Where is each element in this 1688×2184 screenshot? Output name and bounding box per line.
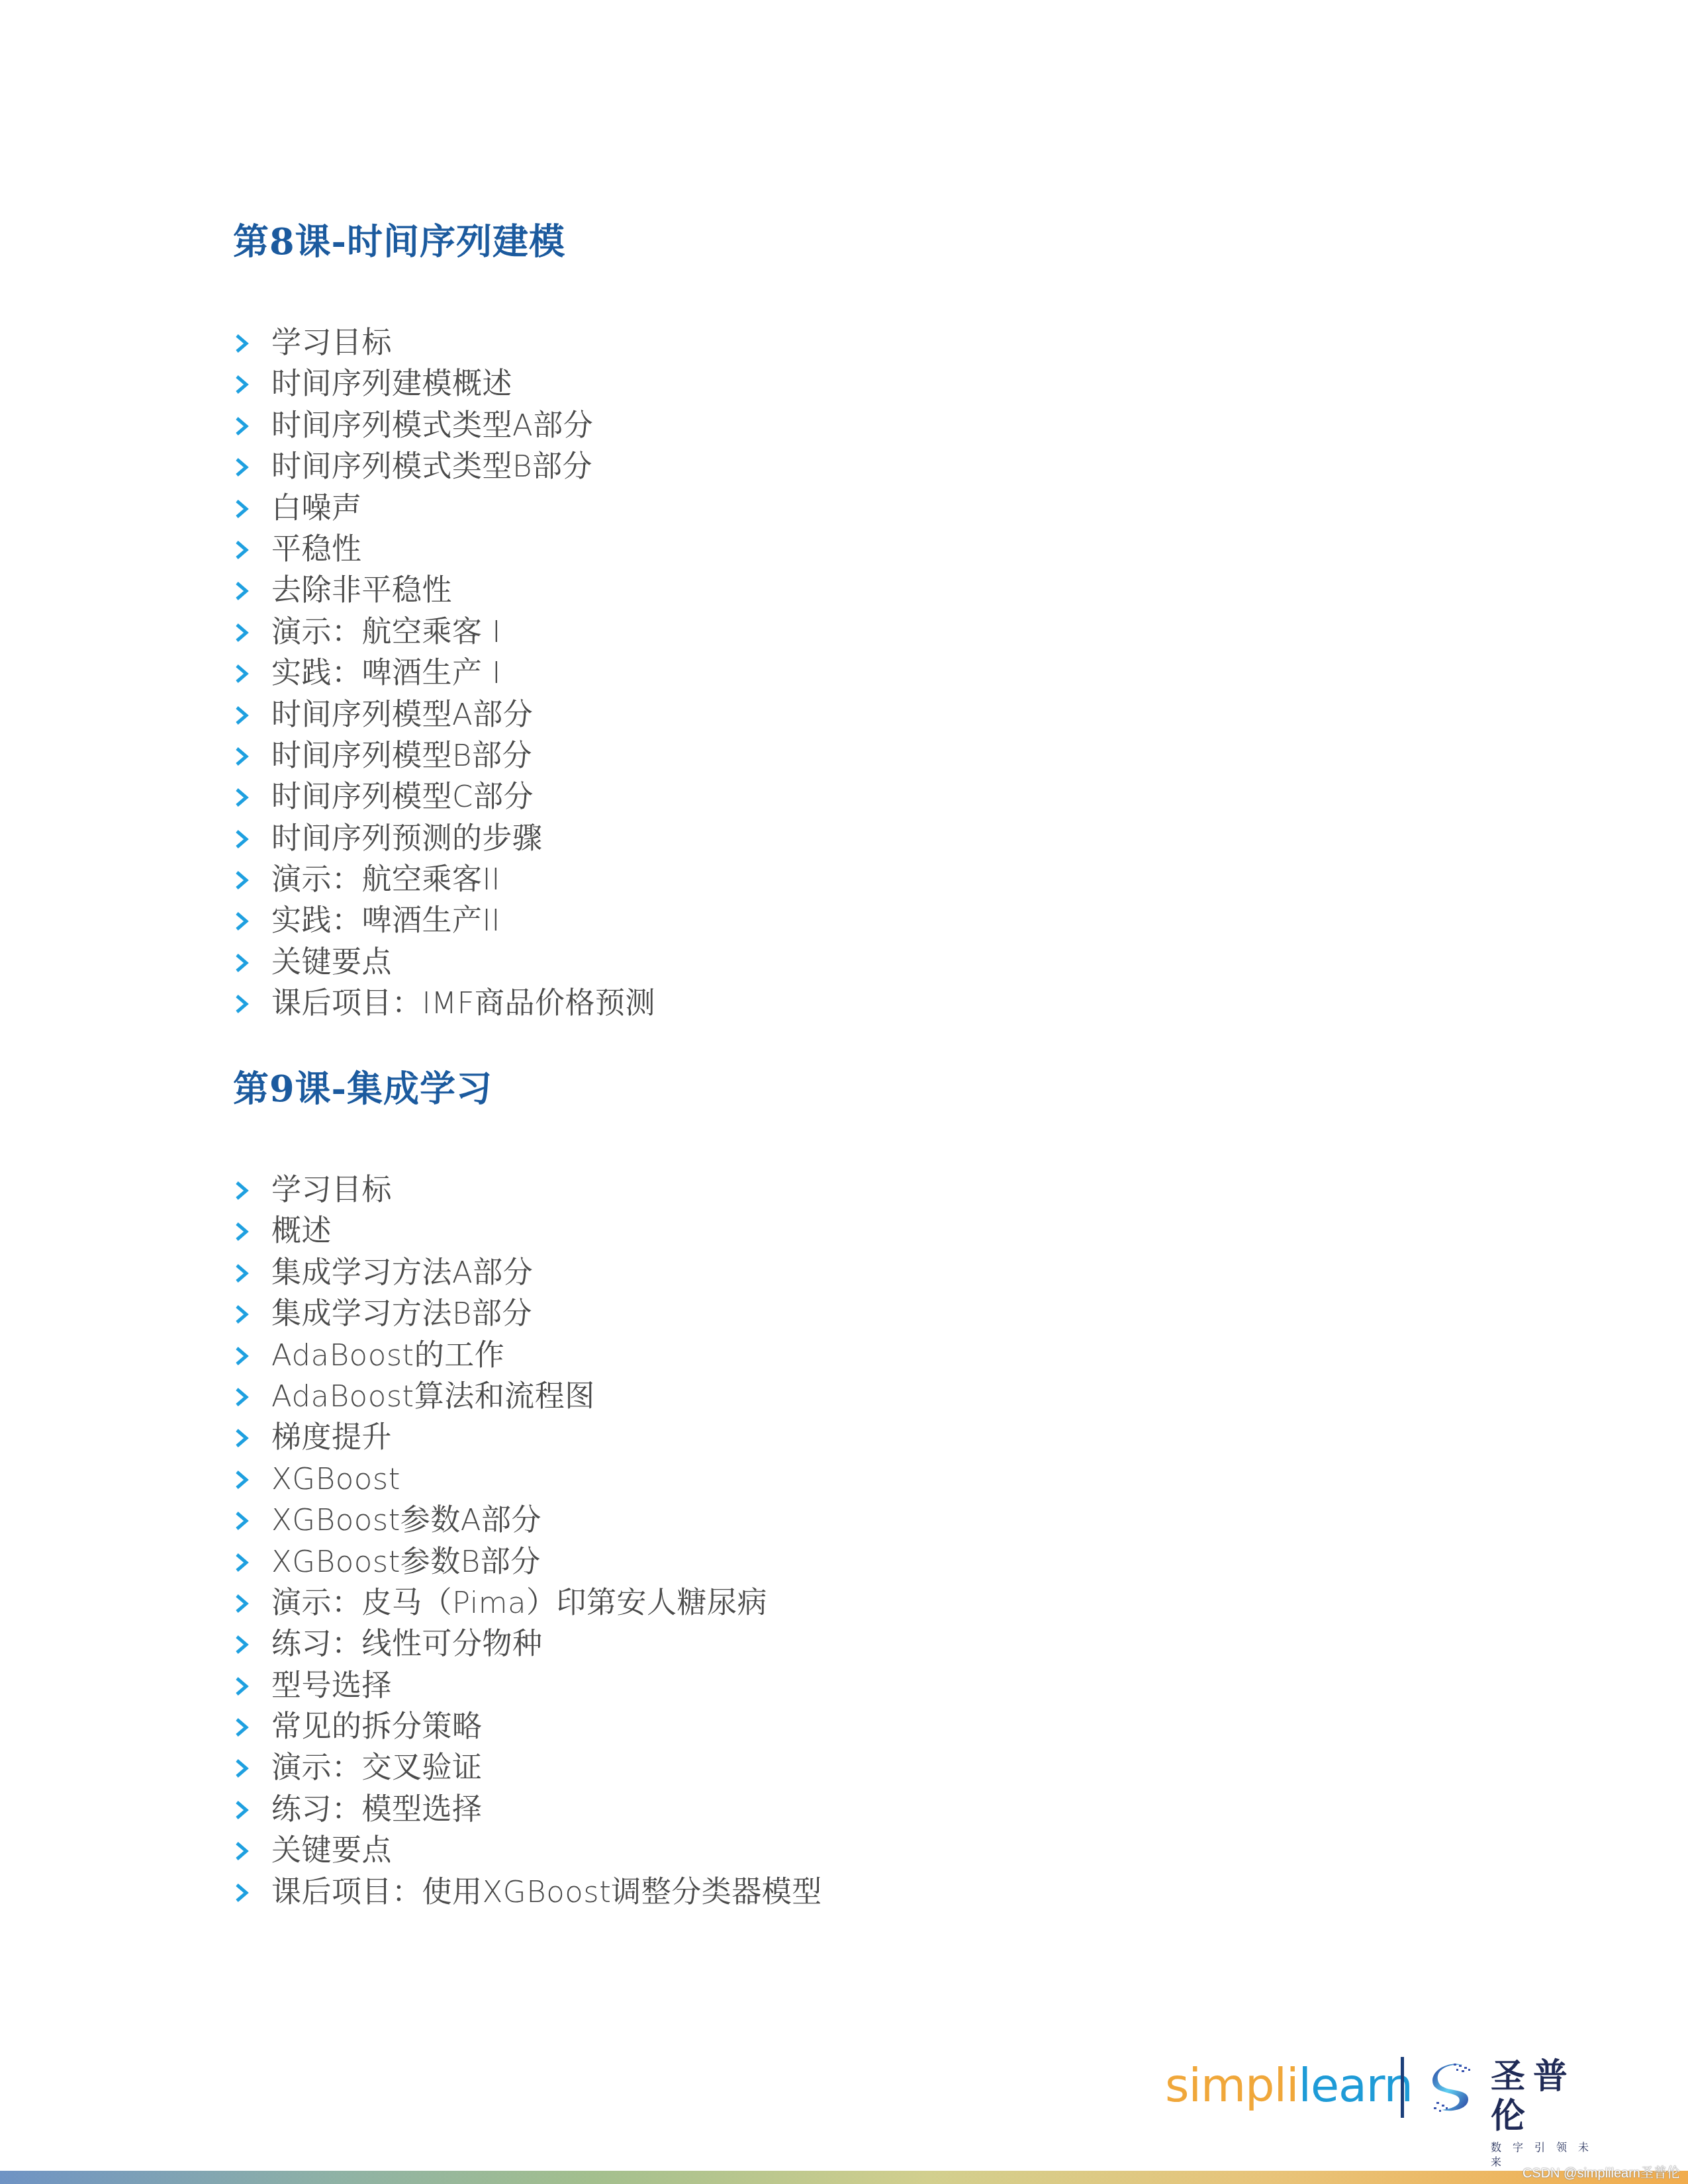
chevron-right-icon [233,788,252,807]
topic-label: 时间序列模型C部分 [271,779,534,814]
chevron-right-icon [233,1594,252,1614]
lesson-topic-list: 学习目标概述集成学习方法A部分集成学习方法B部分AdaBoost的工作AdaBo… [233,1169,822,1913]
logo-divider [1401,2057,1404,2118]
topic-label: 概述 [271,1213,332,1248]
topic-item: 练习：模型选择 [233,1789,822,1830]
chevron-right-icon [233,664,252,684]
topic-label: 集成学习方法B部分 [271,1296,532,1331]
topic-label: 时间序列模式类型A部分 [271,408,593,443]
topic-item: 关键要点 [233,942,655,983]
topic-item: 时间序列模式类型B部分 [233,446,655,487]
topic-item: 常见的拆分策略 [233,1706,822,1747]
topic-label: 演示：皮马（Pima）印第安人糖尿病 [271,1585,767,1620]
chevron-right-icon [233,994,252,1014]
topic-item: 时间序列模型B部分 [233,735,655,776]
topic-label: XGBoost参数B部分 [271,1544,541,1579]
chevron-right-icon [233,1222,252,1242]
topic-label: AdaBoost的工作 [271,1338,504,1373]
topic-label: 练习：线性可分物种 [271,1626,543,1661]
chevron-right-icon [233,1758,252,1778]
topic-label: 演示：航空乘客II [271,862,500,897]
topic-label: 课后项目：使用XGBoost调整分类器模型 [271,1874,822,1909]
chevron-right-icon [233,1387,252,1407]
simplilearn-logo: simplilearn [1165,2057,1413,2118]
topic-item: 关键要点 [233,1830,822,1871]
topic-label: 课后项目：IMF商品价格预测 [271,985,655,1021]
chevron-right-icon [233,1841,252,1861]
topic-item: 时间序列模型A部分 [233,694,655,735]
topic-item: 时间序列模型C部分 [233,776,655,817]
lesson-8-section: 第8课-时间序列建模 学习目标时间序列建模概述时间序列模式类型A部分时间序列模式… [233,222,655,1024]
topic-label: 型号选择 [271,1668,392,1703]
chevron-right-icon [233,911,252,931]
logo-text-i: i [1286,2058,1298,2113]
topic-item: XGBoost参数A部分 [233,1500,822,1541]
topic-item: 学习目标 [233,1169,822,1210]
topic-item: 学习目标 [233,322,655,363]
topic-label: 演示：航空乘客 I [271,614,501,649]
lesson-title: 第8课-时间序列建模 [233,222,655,261]
topic-label: 时间序列模型B部分 [271,738,532,773]
shengpulun-brand: 圣普伦 数字引领未来 [1491,2057,1615,2169]
topic-label: 平稳性 [271,531,362,567]
chevron-right-icon [233,1883,252,1903]
chevron-right-icon [233,705,252,725]
chevron-right-icon [233,1676,252,1696]
topic-label: 学习目标 [271,1172,392,1207]
topic-label: 常见的拆分策略 [271,1709,483,1744]
chevron-right-icon [233,334,252,353]
topic-label: 白噪声 [271,490,362,525]
topic-label: 学习目标 [271,325,392,360]
topic-item: 演示：皮马（Pima）印第安人糖尿病 [233,1582,822,1623]
topic-item: 去除非平稳性 [233,570,655,611]
topic-item: 时间序列预测的步骤 [233,818,655,859]
chevron-right-icon [233,1346,252,1366]
topic-label: 时间序列预测的步骤 [271,821,543,856]
topic-label: AdaBoost算法和流程图 [271,1379,595,1414]
topic-label: 时间序列建模概述 [271,366,512,401]
topic-item: 练习：线性可分物种 [233,1623,822,1664]
chevron-right-icon [233,581,252,601]
topic-item: 演示：交叉验证 [233,1747,822,1788]
logo-text-learn: learn [1298,2058,1412,2113]
topic-label: XGBoost [271,1461,400,1496]
chevron-right-icon [233,499,252,519]
topic-item: 演示：航空乘客 I [233,612,655,653]
topic-item: 课后项目：IMF商品价格预测 [233,983,655,1024]
chevron-right-icon [233,1635,252,1655]
topic-item: XGBoost参数B部分 [233,1541,822,1582]
logo-text-simpl: simpl [1165,2058,1286,2113]
topic-label: 实践：啤酒生产 I [271,655,501,690]
chevron-right-icon [233,416,252,436]
chevron-right-icon [233,747,252,766]
topic-item: 时间序列模式类型A部分 [233,405,655,446]
topic-item: 白噪声 [233,488,655,529]
lesson-topic-list: 学习目标时间序列建模概述时间序列模式类型A部分时间序列模式类型B部分白噪声平稳性… [233,322,655,1024]
chevron-right-icon [233,1553,252,1572]
chevron-right-icon [233,953,252,973]
footer-logos: simplilearn 圣普伦 数字引领未来 [1165,2057,1615,2118]
topic-label: 演示：交叉验证 [271,1750,483,1785]
chevron-right-icon [233,829,252,849]
topic-label: 集成学习方法A部分 [271,1255,533,1290]
chevron-right-icon [233,457,252,477]
topic-label: 时间序列模型A部分 [271,697,533,732]
brand-name: 圣普伦 [1491,2057,1615,2136]
topic-label: XGBoost参数A部分 [271,1502,541,1537]
chevron-right-icon [233,1800,252,1820]
lesson-title: 第9课-集成学习 [233,1069,822,1109]
topic-label: 关键要点 [271,944,392,979]
chevron-right-icon [233,1511,252,1531]
topic-item: 型号选择 [233,1665,822,1706]
topic-item: AdaBoost的工作 [233,1335,822,1376]
chevron-right-icon [233,1181,252,1201]
topic-item: 实践：啤酒生产II [233,900,655,941]
topic-item: 平稳性 [233,529,655,570]
topic-item: XGBoost [233,1459,822,1500]
topic-item: 概述 [233,1210,822,1251]
topic-item: 课后项目：使用XGBoost调整分类器模型 [233,1872,822,1913]
topic-item: AdaBoost算法和流程图 [233,1376,822,1417]
chevron-right-icon [233,375,252,394]
chevron-right-icon [233,540,252,560]
topic-item: 梯度提升 [233,1417,822,1458]
chevron-right-icon [233,623,252,643]
topic-item: 集成学习方法B部分 [233,1293,822,1334]
bottom-gradient-bar [0,2171,1688,2184]
chevron-right-icon [233,1304,252,1324]
chevron-right-icon [233,1428,252,1448]
topic-label: 梯度提升 [271,1420,392,1455]
watermark: CSDN @simplilearn圣普伦 [1523,2162,1680,2181]
topic-label: 时间序列模式类型B部分 [271,449,592,484]
chevron-right-icon [233,1470,252,1490]
shengpulun-s-logo-icon [1430,2061,1477,2114]
topic-label: 关键要点 [271,1833,392,1868]
topic-label: 实践：啤酒生产II [271,903,500,938]
topic-label: 去除非平稳性 [271,572,452,608]
chevron-right-icon [233,1263,252,1283]
topic-label: 练习：模型选择 [271,1792,483,1827]
topic-item: 时间序列建模概述 [233,363,655,404]
chevron-right-icon [233,1717,252,1737]
lesson-9-section: 第9课-集成学习 学习目标概述集成学习方法A部分集成学习方法B部分AdaBoos… [233,1069,822,1913]
topic-item: 集成学习方法A部分 [233,1252,822,1293]
chevron-right-icon [233,870,252,890]
topic-item: 实践：啤酒生产 I [233,653,655,694]
topic-item: 演示：航空乘客II [233,859,655,900]
